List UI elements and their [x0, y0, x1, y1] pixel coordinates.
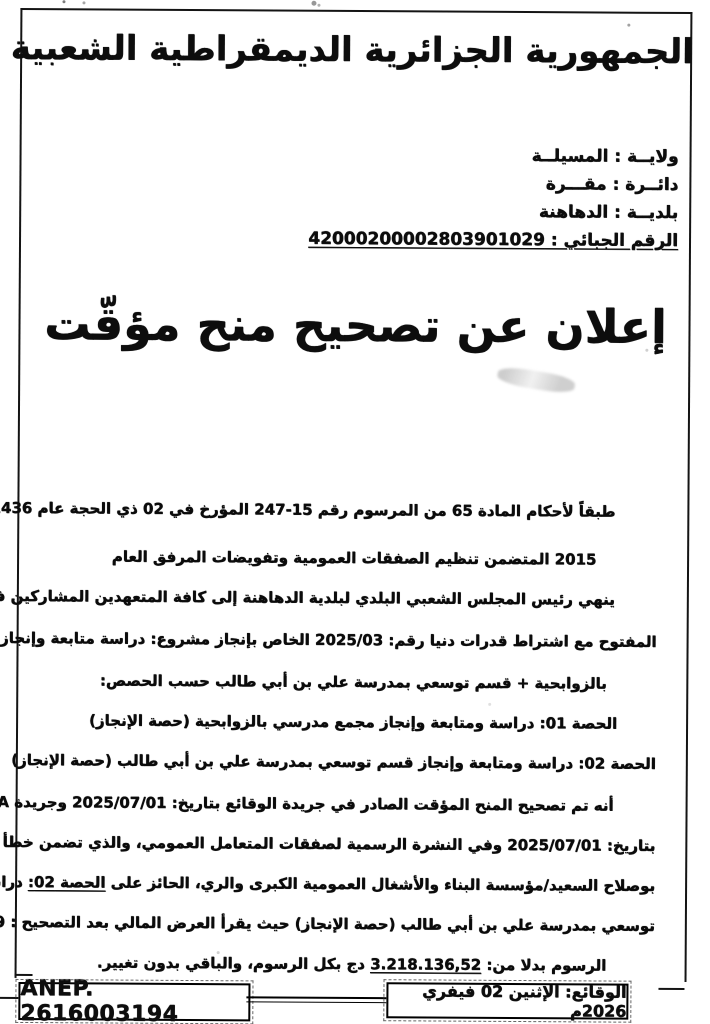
lot2-ref-underlined: الحصة 02:: [28, 873, 106, 891]
admin-daira-line: دائــرة : مقـــرة: [309, 169, 679, 199]
lot1-label: الحصة 01:: [540, 714, 618, 732]
para3-line5-text: الرسوم بدلا من:: [481, 956, 606, 975]
connector-line: [246, 996, 386, 1003]
anep-box: ANEP. 2616003194: [18, 982, 250, 1021]
publication-date: الوقائع: الإثنين 02 فيفري 2026م: [388, 981, 626, 1020]
para3-line5-tail: دج بكل الرسوم، والباقي بدون تغيير.: [97, 953, 370, 973]
para3-line3: بوصلاح السعيد/مؤسسة البناء والأشغال العم…: [49, 862, 655, 906]
para1-line1: طبقاً لأحكام المادة 65 من المرسوم رقم 15…: [51, 488, 657, 532]
frame-left-hook: [0, 997, 18, 999]
lot1-line: الحصة 01: دراسة ومتابعة وإنجاز مجمع مدرس…: [50, 700, 656, 744]
scan-noise: [62, 0, 65, 3]
admin-wilaya-line: ولايــة : المسيلــة: [309, 141, 679, 171]
para3-line1: أنه تم تصحيح المنح المؤقت الصادر في جريد…: [49, 782, 655, 826]
para2-line2: المفتوح مع اشتراط قدرات دنيا رقم: 2025/0…: [50, 618, 656, 662]
frame-bottom-right-stub: [658, 988, 684, 990]
announcement-heading: إعلان عن تصحيح منح مؤقّت: [0, 296, 710, 354]
tax-id-line: الرقم الجبائي : 42000200002803901029: [308, 225, 678, 255]
para1-line2: 2015 المتضمن تنظيم الصفقات العمومية وتفو…: [51, 536, 657, 580]
para3-line4-text: توسعي بمدرسة علي بن أبي طالب (حصة الإنجا…: [5, 913, 655, 935]
lot1-text: دراسة ومتابعة وإنجاز مجمع مدرسي بالزوابح…: [89, 711, 540, 732]
para3-line3-text: بوصلاح السعيد/مؤسسة البناء والأشغال العم…: [105, 873, 655, 894]
scanned-document: الجمهورية الجزائرية الديمقراطية الشعبية …: [0, 0, 710, 1024]
lot2-line: الحصة 02: دراسة ومتابعة وإنجاز قسم توسعي…: [50, 740, 656, 784]
body-text: طبقاً لأحكام المادة 65 من المرسوم رقم 15…: [48, 482, 657, 986]
previous-amount: 3.218.136,52: [370, 955, 481, 974]
republic-title: الجمهورية الجزائرية الديمقراطية الشعبية: [2, 28, 702, 72]
admin-block: ولايــة : المسيلــة دائــرة : مقـــرة بل…: [308, 141, 678, 255]
para3-line2: بتاريخ: 2025/07/01 وفي النشرة الرسمية لص…: [49, 822, 655, 866]
lot2-label: الحصة 02:: [578, 754, 656, 772]
para2-line1: ينهي رئيس المجلس الشعبي البلدي لبلدية ال…: [51, 576, 657, 620]
page: { "doc": { "republic_title": "الجمهورية …: [0, 0, 710, 1024]
para2-line3: بالزوابحية + قسم توسعي بمدرسة علي بن أبي…: [50, 660, 656, 704]
date-box: الوقائع: الإثنين 02 فيفري 2026م: [386, 982, 628, 1019]
lot2-text: دراسة ومتابعة وإنجاز قسم توسعي بمدرسة عل…: [11, 751, 578, 772]
anep-number: ANEP. 2616003194: [20, 976, 248, 1024]
admin-commune-line: بلديــة : الدهاهنة: [308, 197, 678, 227]
para3-line4: توسعي بمدرسة علي بن أبي طالب (حصة الإنجا…: [49, 902, 655, 946]
para3-line3-tail: دراسة ومتابعة وإنجاز قسم: [0, 872, 28, 891]
